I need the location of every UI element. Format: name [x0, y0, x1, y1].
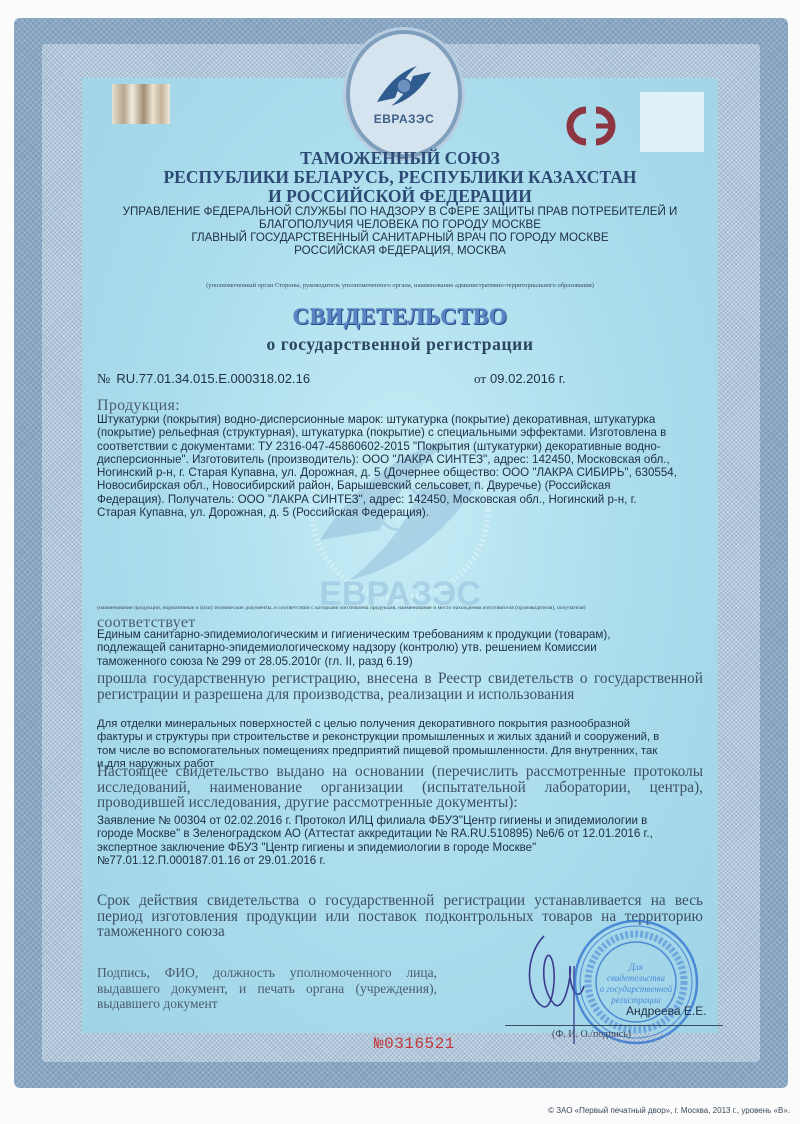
basis-line: №77.01.12.П.000187.01.16 от 29.01.2016 г… [97, 854, 717, 867]
product-line: Новосибирская обл., Новосибирский район,… [97, 479, 717, 492]
authority-line-1: УПРАВЛЕНИЕ ФЕДЕРАЛЬНОЙ СЛУЖБЫ ПО НАДЗОРУ… [100, 205, 700, 219]
conformity-mark-icon [560, 104, 624, 148]
product-line: Ногинский р-н, г. Старая Купавна, ул. До… [97, 466, 717, 479]
union-title-line-1: ТАМОЖЕННЫЙ СОЮЗ [100, 148, 700, 168]
number-symbol: № [97, 372, 110, 387]
union-title-line-2: РЕСПУБЛИКИ БЕЛАРУСЬ, РЕСПУБЛИКИ КАЗАХСТА… [100, 167, 700, 187]
basis-line: экспертное заключение ФБУЗ "Центр гигиен… [97, 841, 717, 854]
conformity-line: подлежащей санитарно-эпидемиологическому… [97, 641, 717, 654]
basis-line: городе Москве" в Зеленоградском АО (Атте… [97, 827, 717, 840]
hologram-sticker [112, 84, 170, 124]
usage-line: фактуры и структуры при строительстве и … [97, 731, 717, 744]
registration-statement: прошла государственную регистрацию, внес… [97, 671, 703, 702]
form-number: №0316521 [374, 1035, 455, 1053]
official-stamp-icon: Для свидетельства о государственной реги… [572, 918, 700, 1046]
authority-line-2: БЛАГОПОЛУЧИЯ ЧЕЛОВЕКА ПО ГОРОДУ МОСКВЕ [100, 218, 700, 232]
usage-line: том числе во вспомогательных помещениях … [97, 745, 717, 758]
authority-caption: (уполномоченный орган Стороны, руководит… [100, 282, 700, 289]
product-caption: (наименование продукции, нормативные и (… [97, 605, 707, 611]
product-line: Штукатурки (покрытия) водно-дисперсионны… [97, 413, 717, 426]
conformity-line: таможенного союза № 299 от 28.05.2010г (… [97, 655, 717, 668]
eurasec-logo-icon [373, 62, 435, 110]
signature-label: Подпись, ФИО, должность уполномоченного … [97, 965, 437, 1012]
signer-name: Андреева Е.Е. [626, 1004, 707, 1018]
svg-text:Для: Для [628, 962, 643, 972]
certificate-subtitle: о государственной регистрации [100, 334, 700, 355]
authority-line-4: РОССИЙСКАЯ ФЕДЕРАЦИЯ, МОСКВА [100, 244, 700, 258]
security-patch [640, 92, 704, 152]
svg-text:свидетельства: свидетельства [607, 973, 666, 983]
svg-text:о государственной: о государственной [600, 984, 673, 994]
registration-date: от09.02.2016 г. [474, 371, 565, 387]
product-line: соответствии с документами: ТУ 2316-047-… [97, 440, 717, 453]
product-line: Старая Купавна, ул. Дорожная, д. 5 (Росс… [97, 506, 717, 519]
printer-copyright: © ЗАО «Первый печатный двор», г. Москва,… [470, 1106, 790, 1115]
signature-line [505, 1025, 723, 1026]
usage-line: Для отделки минеральных поверхностей с ц… [97, 718, 717, 731]
certificate-title: СВИДЕТЕЛЬСТВО [100, 304, 700, 330]
union-title-line-3: И РОССИЙСКОЙ ФЕДЕРАЦИИ [100, 186, 700, 206]
conformity-text: Единым санитарно-эпидемиологическим и ги… [97, 628, 717, 668]
product-line: Федерация). Получатель: ООО "ЛАКРА СИНТЕ… [97, 493, 717, 506]
basis-documents: Заявление № 00304 от 02.02.2016 г. Прото… [97, 814, 717, 867]
registration-number-value: RU.77.01.34.015.Е.000318.02.16 [116, 371, 310, 386]
registration-date-value: 09.02.2016 г. [490, 371, 565, 386]
registration-number: №RU.77.01.34.015.Е.000318.02.16 [97, 371, 310, 388]
conformity-line: Единым санитарно-эпидемиологическим и ги… [97, 628, 717, 641]
product-line: дисперсионные". Изготовитель (производит… [97, 453, 717, 466]
date-prefix: от [474, 371, 486, 386]
product-line: (покрытие) рельефная (структурная), штук… [97, 426, 717, 439]
basis-statement: Настоящее свидетельство выдано на основа… [97, 764, 703, 811]
emblem-text: ЕВРАЗЭС [374, 112, 435, 126]
signature-caption: (Ф. И. О./подпись) [552, 1029, 631, 1040]
basis-line: Заявление № 00304 от 02.02.2016 г. Прото… [97, 814, 717, 827]
product-description: Штукатурки (покрытия) водно-дисперсионны… [97, 413, 717, 519]
authority-line-3: ГЛАВНЫЙ ГОСУДАРСТВЕННЫЙ САНИТАРНЫЙ ВРАЧ … [100, 231, 700, 245]
eurasec-emblem: ЕВРАЗЭС [346, 30, 462, 158]
